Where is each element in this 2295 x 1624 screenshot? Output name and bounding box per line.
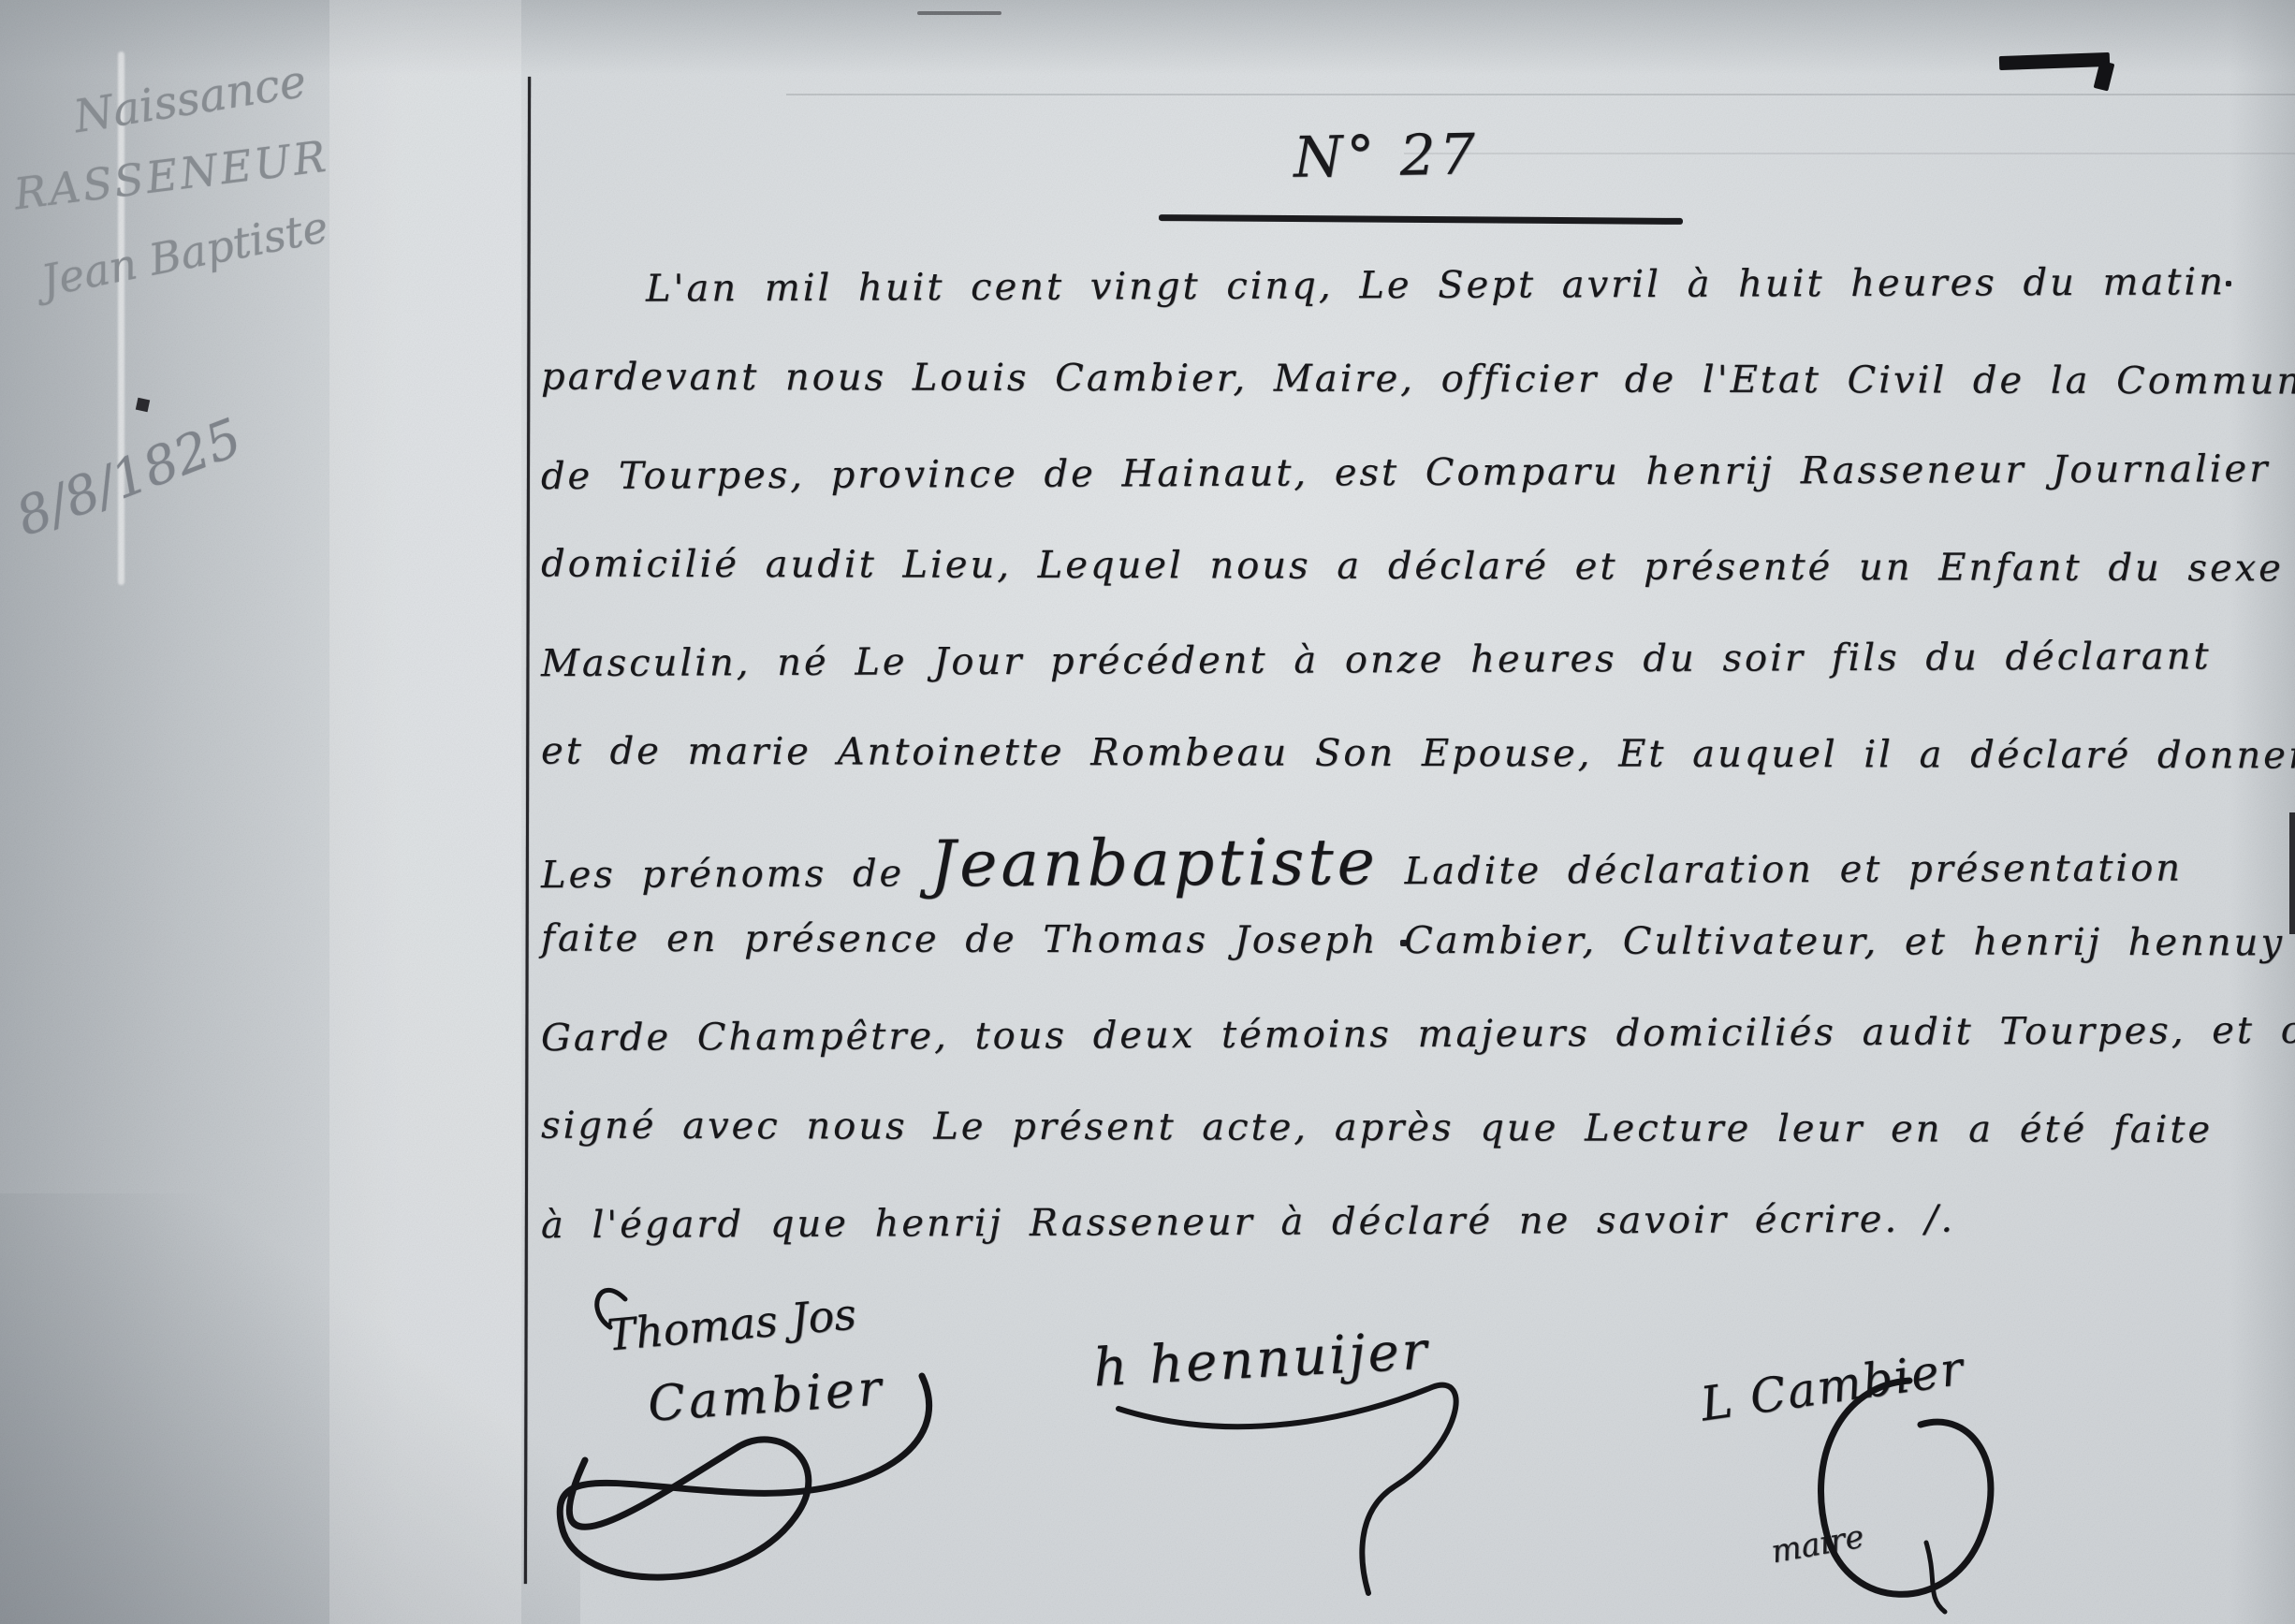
- body-line: Garde Champêtre, tous deux témoins majeu…: [541, 1009, 2295, 1110]
- body-line-child-name: Les prénoms de Jeanbaptiste Ladite décla…: [541, 822, 2295, 923]
- body-line: faite en présence de Thomas Joseph Cambi…: [541, 917, 2295, 1016]
- body-line: L'an mil huit cent vingt cinq, Le Sept a…: [541, 260, 2295, 361]
- body-line: à l'égard que henrij Rasseneur à déclaré…: [541, 1196, 2295, 1297]
- act-number-underline: [1159, 214, 1683, 225]
- child-name-large: Jeanbaptiste: [930, 826, 1379, 901]
- scan-crease-line: [1404, 153, 2295, 154]
- margin-rule-line: [524, 77, 531, 1584]
- pencil-dot-mark: [136, 398, 150, 412]
- margin-note-surname: RASSENEUR: [11, 131, 331, 220]
- signature-witness-firstname: Thomas Jos: [605, 1288, 858, 1360]
- body-line: signé avec nous Le présent acte, après q…: [541, 1105, 2295, 1203]
- scanned-birth-record-page: Naissance RASSENEUR Jean Baptiste 8/8/18…: [0, 0, 2295, 1624]
- signature-mayor: L Cambier: [1697, 1341, 1967, 1432]
- signature-mayor-title: maire: [1768, 1518, 1866, 1572]
- scan-shading-top: [0, 0, 2295, 75]
- body-line: Masculin, né Le Jour précédent à onze he…: [541, 635, 2295, 736]
- scan-shading-bottom-left: [0, 1193, 580, 1624]
- margin-note-date: 8/8/1825: [8, 407, 250, 549]
- scan-crease-line: [786, 94, 2295, 95]
- scan-light-band: [329, 0, 521, 1624]
- margin-note-firstname: Jean Baptiste: [37, 201, 332, 306]
- act-number: N° 27: [1293, 122, 1479, 190]
- body-line: et de marie Antoinette Rombeau Son Epous…: [541, 730, 2295, 828]
- margin-note-naissance: Naissance: [70, 55, 310, 143]
- body-line: domicilié audit Lieu, Lequel nous a décl…: [541, 543, 2295, 641]
- body-line-post: Ladite déclaration et présentation: [1379, 846, 2183, 893]
- scan-speck: [917, 11, 1001, 15]
- body-line-pre: Les prénoms de: [541, 852, 930, 897]
- scan-mark-top-right: [1999, 52, 2110, 70]
- act-body-text: L'an mil huit cent vingt cinq, Le Sept a…: [541, 264, 2295, 1294]
- body-line: pardevant nous Louis Cambier, Maire, off…: [541, 356, 2295, 454]
- signature-witness-hennuijer: h hennuijer: [1092, 1321, 1431, 1399]
- signature-witness-surname: Cambier: [646, 1360, 886, 1433]
- body-line: de Tourpes, province de Hainaut, est Com…: [541, 447, 2295, 549]
